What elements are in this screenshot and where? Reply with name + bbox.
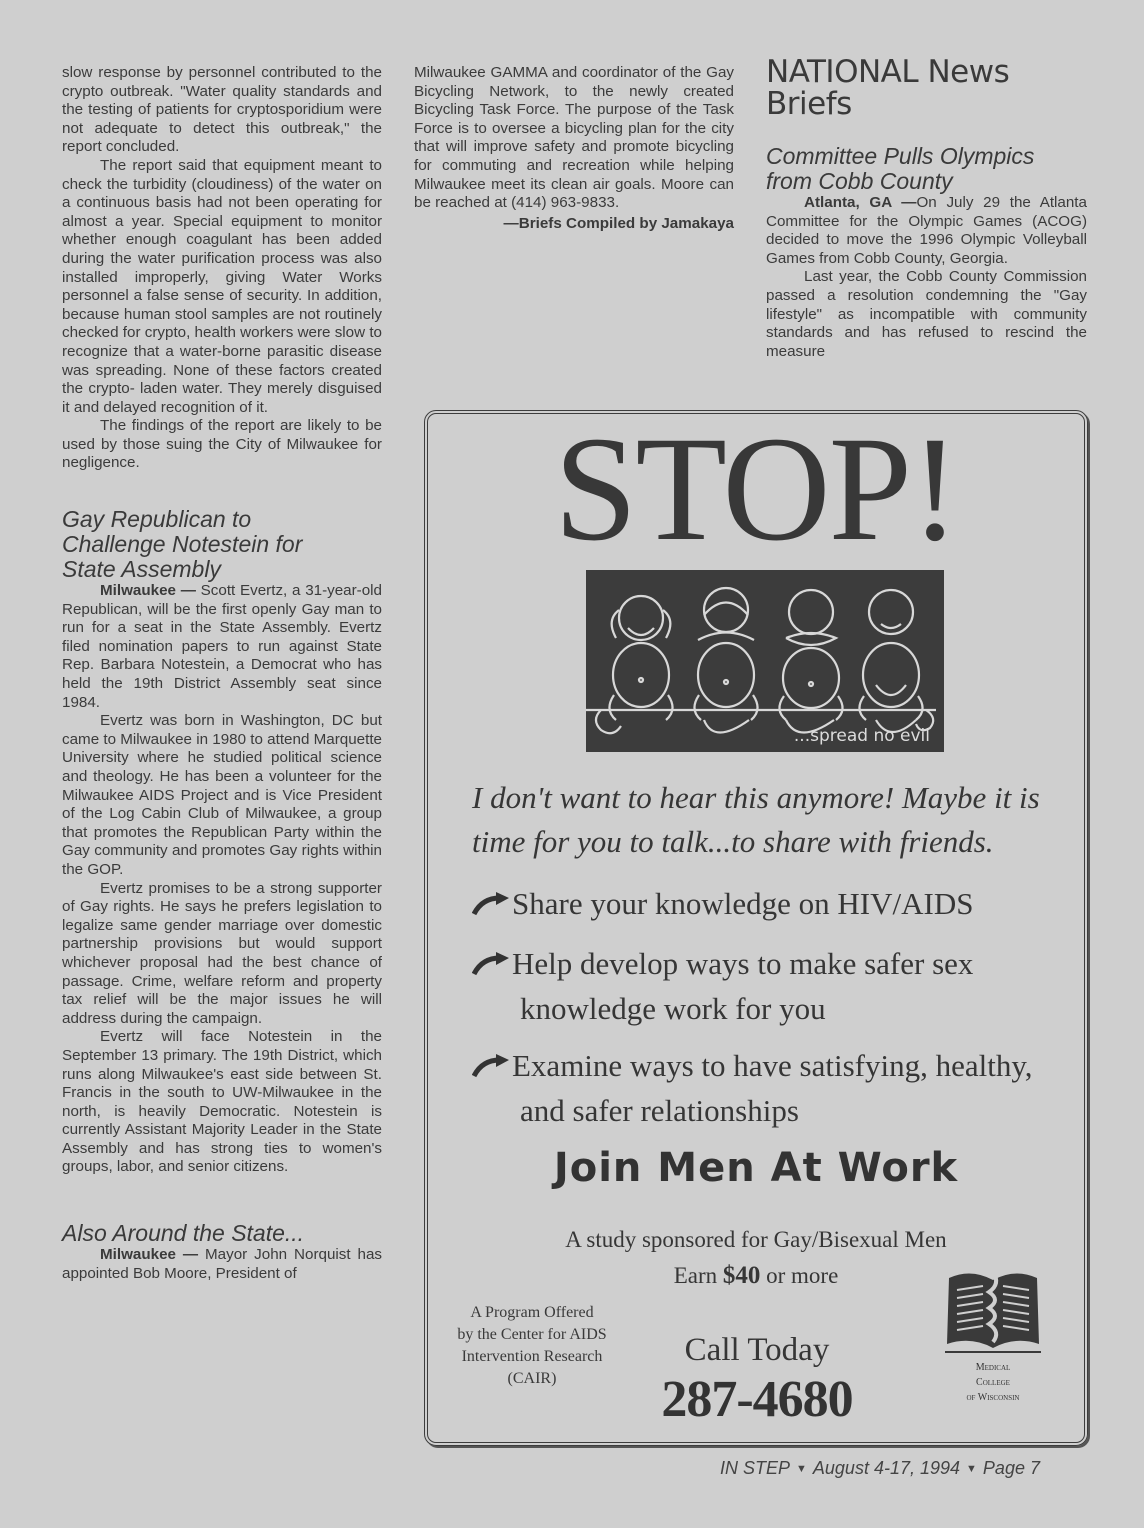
article-headline: Gay Republican to Challenge Notestein fo… bbox=[62, 507, 332, 582]
dateline: Atlanta, GA — bbox=[804, 194, 916, 211]
republican-story: Gay Republican to Challenge Notestein fo… bbox=[62, 507, 382, 1177]
image-caption: ...spread no evil bbox=[794, 726, 930, 746]
paragraph-text: Scott Evertz, a 31-year-old Republican, … bbox=[62, 582, 382, 711]
program-sponsor-text: A Program Offered by the Center for AIDS… bbox=[442, 1302, 622, 1390]
dateline: Milwaukee — bbox=[100, 1246, 198, 1263]
call-today-label: Call Today bbox=[652, 1330, 862, 1370]
ad-intro-text: I don't want to hear this anymore! Maybe… bbox=[472, 776, 1072, 864]
ad-bullet: Help develop ways to make safer sex know… bbox=[472, 942, 1072, 1030]
article-paragraph: The findings of the report are likely to… bbox=[62, 417, 382, 473]
curved-arrow-icon bbox=[472, 944, 512, 987]
program-line: Intervention Research bbox=[442, 1346, 622, 1368]
article-paragraph: Milwaukee GAMMA and coordinator of the G… bbox=[414, 64, 734, 213]
section-title: NATIONAL News Briefs bbox=[766, 56, 1087, 120]
article-paragraph: Milwaukee — Scott Evertz, a 31-year-old … bbox=[62, 582, 382, 712]
dateline: Milwaukee — bbox=[100, 582, 196, 599]
bullet-text: Help develop ways to make safer sex bbox=[512, 946, 973, 981]
program-line: (CAIR) bbox=[442, 1368, 622, 1390]
curved-arrow-icon bbox=[472, 884, 512, 927]
medical-college-logo: Medical College of Wisconsin bbox=[938, 1262, 1048, 1422]
monkeys-illustration-icon bbox=[586, 570, 944, 752]
program-line: by the Center for AIDS bbox=[442, 1324, 622, 1346]
issue-date: August 4-17, 1994 bbox=[813, 1458, 960, 1478]
left-column: slow response by personnel contributed t… bbox=[62, 64, 382, 1283]
page-number: Page 7 bbox=[983, 1458, 1040, 1478]
sponsor-line: Medical bbox=[938, 1360, 1048, 1375]
article-paragraph: Milwaukee — Mayor John Norquist has appo… bbox=[62, 1246, 382, 1283]
section-title-line: Briefs bbox=[766, 86, 852, 122]
ad-bullet: Examine ways to have satisfying, healthy… bbox=[472, 1044, 1072, 1132]
article-paragraph: Atlanta, GA —On July 29 the Atlanta Comm… bbox=[766, 194, 1087, 268]
page-footer: IN STEP▼August 4-17, 1994▼Page 7 bbox=[720, 1458, 1040, 1479]
article-headline: Also Around the State... bbox=[62, 1221, 382, 1246]
open-book-caduceus-icon bbox=[943, 1262, 1043, 1356]
program-line: A Program Offered bbox=[442, 1302, 622, 1324]
state-story: Also Around the State... Milwaukee — May… bbox=[62, 1221, 382, 1283]
triangle-separator-icon: ▼ bbox=[796, 1463, 807, 1475]
publication-name: IN STEP bbox=[720, 1458, 790, 1478]
article-paragraph: The report said that equipment meant to … bbox=[62, 157, 382, 417]
article-paragraph: Evertz will face Notestein in the Septem… bbox=[62, 1028, 382, 1177]
triangle-separator-icon: ▼ bbox=[966, 1463, 977, 1475]
earn-suffix: or more bbox=[760, 1263, 838, 1288]
crypto-story: slow response by personnel contributed t… bbox=[62, 64, 382, 473]
section-title-line: NATIONAL News bbox=[766, 54, 1009, 90]
article-paragraph: Evertz promises to be a strong supporter… bbox=[62, 880, 382, 1029]
bullet-text: Examine ways to have satisfying, healthy… bbox=[512, 1048, 1033, 1083]
byline: —Briefs Compiled by Jamakaya bbox=[414, 215, 734, 234]
call-to-action-heading: Join Men At Work bbox=[428, 1144, 1084, 1192]
sponsor-line: College bbox=[938, 1375, 1048, 1390]
article-paragraph: Evertz was born in Washington, DC but ca… bbox=[62, 712, 382, 879]
sponsor-name: Medical College of Wisconsin bbox=[938, 1360, 1048, 1405]
ad-headline: STOP! bbox=[428, 414, 1084, 564]
earn-prefix: Earn bbox=[674, 1263, 723, 1288]
study-description: A study sponsored for Gay/Bisexual Men bbox=[428, 1226, 1084, 1254]
four-monkeys-image: ...spread no evil bbox=[586, 570, 944, 752]
article-headline: Committee Pulls Olympics from Cobb Count… bbox=[766, 144, 1066, 194]
bullet-text: knowledge work for you bbox=[472, 987, 1072, 1030]
middle-column: Milwaukee GAMMA and coordinator of the G… bbox=[414, 64, 734, 233]
olympics-story: Committee Pulls Olympics from Cobb Count… bbox=[766, 144, 1087, 361]
bullet-text: Share your knowledge on HIV/AIDS bbox=[512, 886, 973, 921]
advertisement-box: STOP! bbox=[424, 410, 1088, 1446]
sponsor-line: of Wisconsin bbox=[938, 1390, 1048, 1405]
ad-bullet: Share your knowledge on HIV/AIDS bbox=[472, 882, 1072, 927]
article-paragraph: Last year, the Cobb County Commission pa… bbox=[766, 268, 1087, 361]
phone-number: 287-4680 bbox=[652, 1370, 862, 1430]
right-column: NATIONAL News Briefs Committee Pulls Oly… bbox=[766, 56, 1087, 361]
earn-amount: $40 bbox=[723, 1262, 761, 1289]
bullet-text: and safer relationships bbox=[472, 1089, 1072, 1132]
curved-arrow-icon bbox=[472, 1046, 512, 1089]
article-paragraph: slow response by personnel contributed t… bbox=[62, 64, 382, 157]
